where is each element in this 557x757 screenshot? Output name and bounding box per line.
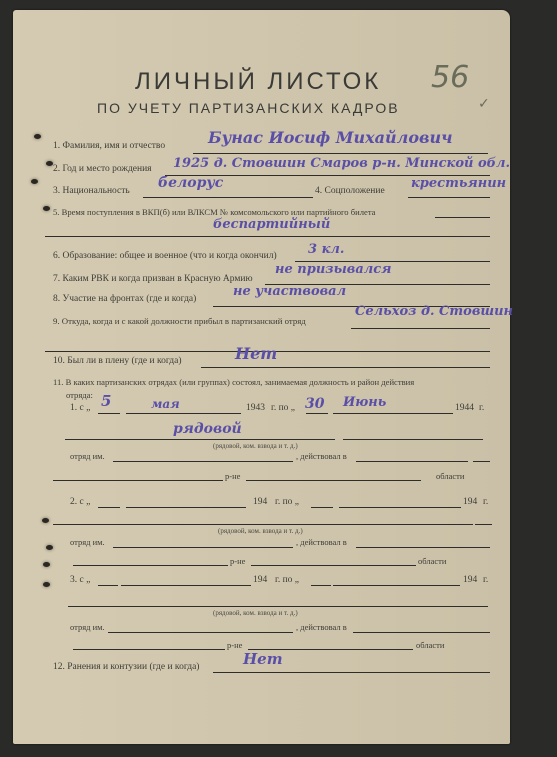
unit-2-rayon-line (73, 565, 228, 566)
sheet-number: 56 (431, 60, 469, 95)
unit-2-year-from: 194 (253, 497, 267, 507)
unit-1-month-to[interactable]: Июнь (343, 395, 386, 410)
field-9-label: 9. Откуда, когда и с какой должности при… (53, 316, 306, 326)
field-5-line-a (435, 217, 490, 218)
unit-1-otryad-label: отряд им. (70, 451, 105, 461)
field-6-label: 6. Образование: общее и военное (что и к… (53, 251, 277, 261)
unit-3-year-from: 194 (253, 575, 267, 585)
unit-1-prefix: 1. с „ (70, 403, 90, 413)
field-4-label: 4. Соцположение (315, 186, 385, 196)
field-5-line-b (45, 236, 490, 237)
punch-hole (43, 562, 50, 567)
unit-2-day-from-line (98, 507, 120, 508)
unit-2-month-to-line (339, 507, 461, 508)
unit-3-month-from-line (121, 585, 251, 586)
unit-1-day-from-line (98, 413, 120, 414)
field-2-label: 2. Год и место рождения (53, 164, 152, 174)
field-10-value[interactable]: Нет (235, 344, 277, 363)
unit-2-to-word: г. по „ (275, 497, 299, 507)
field-5-value[interactable]: беспартийный (213, 217, 330, 232)
field-7-label: 7. Каким РВК и когда призван в Красную А… (53, 274, 253, 284)
unit-1-rayon-label: р-не (225, 471, 240, 481)
unit-1-year-suffix: г. (479, 403, 484, 413)
punch-hole (34, 134, 41, 139)
punch-hole (46, 545, 53, 550)
field-9-value[interactable]: Сельхоз д. Стовшин (355, 304, 513, 319)
unit-1-oblast-label: области (436, 471, 464, 481)
unit-3-oblast-label: области (416, 640, 444, 650)
field-1-line (193, 153, 488, 154)
field-3-label: 3. Национальность (53, 186, 130, 196)
document-page: ЛИЧНЫЙ ЛИСТОК 56 ПО УЧЕТУ ПАРТИЗАНСКИХ К… (13, 10, 510, 744)
unit-1-year-to: 1944 (455, 403, 474, 413)
unit-1-acted-line (356, 461, 468, 462)
unit-2-position-hint: (рядовой, ком. взвода и т. д.) (218, 527, 303, 535)
punch-hole (46, 161, 53, 166)
punch-hole (43, 206, 50, 211)
field-4-value[interactable]: крестьянин (411, 176, 506, 191)
field-6-value[interactable]: 3 кл. (308, 242, 344, 257)
unit-1-day-to[interactable]: 30 (305, 396, 324, 412)
unit-3-prefix: 3. с „ (70, 575, 90, 585)
unit-2-acted-label: , действовал в (296, 537, 347, 547)
document-title: ЛИЧНЫЙ ЛИСТОК (135, 68, 381, 96)
unit-2-year-suffix: г. (483, 497, 488, 507)
unit-1-acted-label: , действовал в (296, 451, 347, 461)
unit-1-position[interactable]: рядовой (173, 421, 242, 437)
unit-2-otryad-label: отряд им. (70, 537, 105, 547)
unit-3-day-to-line (311, 585, 331, 586)
unit-2-oblast-label: области (418, 556, 446, 566)
field-11-label: 11. В каких партизанских отрядах (или гр… (53, 377, 414, 387)
unit-3-position-hint: (рядовой, ком. взвода и т. д.) (213, 609, 298, 617)
field-10-line (201, 367, 490, 368)
punch-hole (43, 582, 50, 587)
unit-2-rayon-label: р-не (230, 556, 245, 566)
unit-1-position-hint: (рядовой, ком. взвода и т. д.) (213, 442, 298, 450)
unit-1-month-from[interactable]: мая (151, 397, 180, 411)
unit-2-otryad-line (113, 547, 293, 548)
unit-3-position-line (68, 606, 488, 607)
field-10-label: 10. Был ли в плену (где и когда) (53, 356, 182, 366)
unit-3-acted-label: , действовал в (296, 622, 347, 632)
field-3-line (143, 197, 313, 198)
unit-1-position-line (65, 439, 335, 440)
field-11-label-cont: отряда: (66, 390, 93, 400)
field-1-label: 1. Фамилия, имя и отчество (53, 141, 165, 151)
punch-hole (42, 518, 49, 523)
unit-1-day-to-line (306, 413, 328, 414)
unit-1-to-word: г. по „ (271, 403, 295, 413)
unit-1-month-from-line (126, 413, 241, 414)
unit-1-year-from: 1943 (246, 403, 265, 413)
unit-3-otryad-label: отряд им. (70, 622, 105, 632)
field-1-value[interactable]: Бунас Иосиф Михайлович (208, 128, 453, 147)
unit-1-position-line-b (343, 439, 483, 440)
field-8-label: 8. Участие на фронтах (где и когда) (53, 294, 196, 304)
unit-1-acted-line-b (473, 461, 490, 462)
unit-2-prefix: 2. с „ (70, 497, 90, 507)
unit-3-rayon-label: р-не (227, 640, 242, 650)
field-8-value[interactable]: не участвовал (233, 284, 346, 299)
unit-2-position-line (53, 524, 473, 525)
unit-2-rayon-line-b (251, 565, 416, 566)
unit-3-month-to-line (333, 585, 460, 586)
unit-2-day-to-line (311, 507, 333, 508)
unit-3-rayon-line (73, 649, 225, 650)
check-mark-icon: ✓ (478, 96, 490, 112)
unit-3-year-suffix: г. (483, 575, 488, 585)
field-12-value[interactable]: Нет (243, 650, 283, 668)
unit-1-rayon-line (53, 480, 223, 481)
unit-3-acted-line (353, 632, 490, 633)
unit-2-month-from-line (126, 507, 246, 508)
document-subtitle: ПО УЧЕТУ ПАРТИЗАНСКИХ КАДРОВ (97, 100, 400, 116)
unit-1-otryad-line (113, 461, 293, 462)
field-2-value[interactable]: 1925 д. Стовшин Смаров р-н. Минской обл. (173, 156, 510, 171)
unit-1-month-to-line (333, 413, 453, 414)
field-7-value[interactable]: не призывался (275, 262, 392, 277)
unit-1-day-from[interactable]: 5 (101, 392, 111, 410)
punch-hole (31, 179, 38, 184)
field-5-label: 5. Время поступления в ВКП(б) или ВЛКСМ … (53, 207, 376, 217)
field-3-value[interactable]: белорус (158, 175, 223, 191)
unit-3-day-from-line (98, 585, 118, 586)
unit-2-year-to: 194 (463, 497, 477, 507)
unit-2-position-line-b (475, 524, 492, 525)
unit-3-otryad-line (108, 632, 293, 633)
field-9-line (351, 328, 490, 329)
unit-2-acted-line (356, 547, 490, 548)
field-4-line (408, 197, 490, 198)
unit-3-year-to: 194 (463, 575, 477, 585)
unit-1-rayon-line-b (246, 480, 421, 481)
unit-3-to-word: г. по „ (275, 575, 299, 585)
field-12-label: 12. Ранения и контузии (где и когда) (53, 662, 199, 672)
field-12-line (213, 672, 490, 673)
